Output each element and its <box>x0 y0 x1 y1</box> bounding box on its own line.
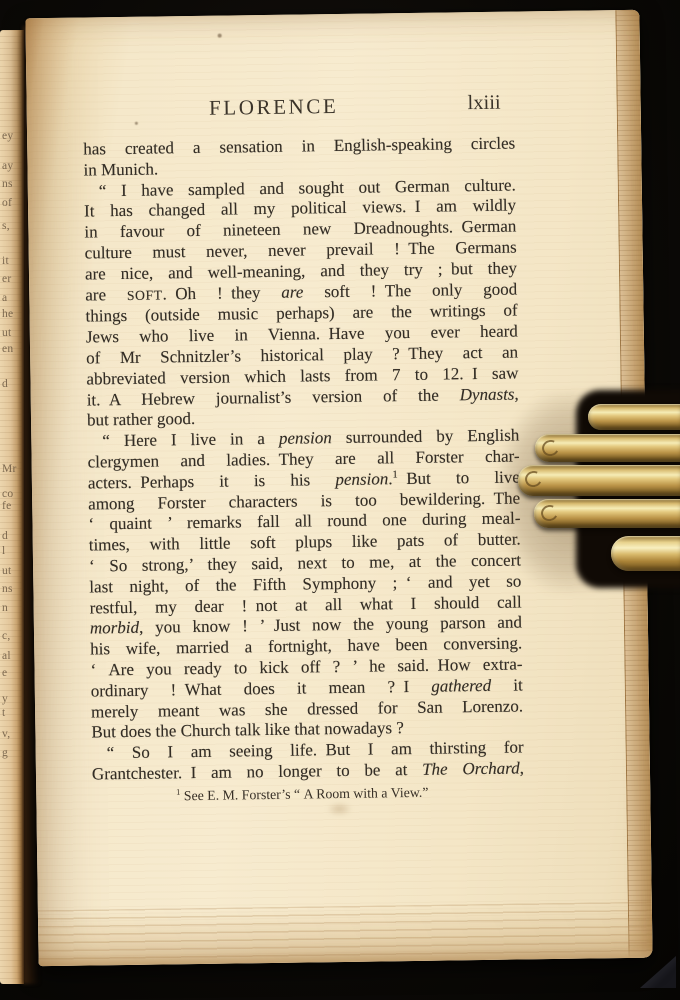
facing-page-text-fragment: Mr <box>2 463 17 475</box>
text-run: pension <box>335 469 388 489</box>
facing-page-text-fragment: l <box>2 545 6 557</box>
book-cover-corner <box>640 956 676 988</box>
text-run: ordinary ! What does it mean ? I <box>91 676 432 700</box>
facing-page-text-fragment: c, <box>2 630 11 642</box>
facing-page-edge: eyaynsofs,iteraheutendMrcofedlutnsnc,ale… <box>0 30 24 984</box>
facing-page-text-fragment: ut <box>2 327 12 339</box>
paragraph: “ I have sampled and sought out German c… <box>84 175 519 432</box>
facing-page-text-fragment: a <box>2 292 7 304</box>
text-run: soft ! The only good <box>303 279 517 301</box>
text-run: has created a sensation in English-speak… <box>83 134 515 159</box>
book-photograph: eyaynsofs,iteraheutendMrcofedlutnsnc,ale… <box>0 0 680 1000</box>
facing-page-text-fragment: ey <box>2 130 13 142</box>
facing-page-text-fragment: n <box>2 602 8 614</box>
facing-page-text-fragment: er <box>2 273 12 285</box>
paper-speck <box>218 34 222 38</box>
paragraph: “ Here I live in a pension surrounded by… <box>87 426 523 744</box>
text-run: acters. Perhaps it is his <box>88 470 336 492</box>
page-content: FLORENCE lxiii has created a sensation i… <box>83 92 525 806</box>
paragraph: has created a sensation in English-speak… <box>83 134 516 182</box>
text-run: surrounded by English <box>332 426 520 448</box>
text-run: it <box>491 675 523 694</box>
text-run: The Orchard <box>422 758 520 778</box>
text-run: are <box>281 282 303 301</box>
facing-page-text-fragment: of <box>2 197 12 209</box>
text-run: pension <box>279 428 332 448</box>
fingernail <box>540 438 561 458</box>
hand-finger-index <box>535 434 680 462</box>
facing-page-text-fragment: ay <box>2 160 13 172</box>
text-block: has created a sensation in English-speak… <box>83 134 524 786</box>
text-run: but rather good. <box>87 409 195 430</box>
hand-finger-top <box>588 404 680 430</box>
footnote-text: See E. M. Forster’s “ A Room with a View… <box>180 784 428 802</box>
text-run: gathered <box>431 676 491 696</box>
hand-finger-ring <box>534 499 680 528</box>
fingernail <box>539 503 560 523</box>
facing-page-text-fragment: v, <box>2 728 10 740</box>
text-run: are <box>85 285 127 305</box>
facing-page-text-fragment: he <box>2 308 13 320</box>
page-number: lxiii <box>467 92 500 115</box>
facing-page-text-fragment: g <box>2 747 8 759</box>
page-title: FLORENCE <box>209 94 339 121</box>
facing-page-text-fragment: it <box>2 255 9 267</box>
facing-page-text-fragment: ns <box>2 583 13 595</box>
facing-page-text-fragment: en <box>2 343 13 355</box>
paragraph: “ So I am seeing life. But I am thirstin… <box>92 738 525 786</box>
facing-page-text-fragment: ut <box>2 565 12 577</box>
facing-page-text-fragment: co <box>2 488 13 500</box>
facing-page-text-fragment: d <box>2 530 8 542</box>
text-run: morbid <box>90 618 139 638</box>
fingernail <box>523 469 544 489</box>
facing-page-text-fragment: t <box>2 707 6 719</box>
facing-page-text-fragment: al <box>2 650 11 662</box>
hand-thumb <box>611 536 680 571</box>
facing-page-text-fragment: ns <box>2 178 13 190</box>
text-run: SOFT <box>127 287 163 302</box>
text-run: , <box>520 758 525 777</box>
facing-page-text-fragment: d <box>2 378 8 390</box>
text-run: Grantchester. I am no longer to be at <box>92 760 422 784</box>
hand-finger-middle <box>518 465 680 496</box>
text-run: it. A Hebrew journalist’s version of the <box>87 385 460 409</box>
facing-page-text-fragment: y <box>2 693 8 705</box>
running-head: FLORENCE lxiii <box>83 92 515 124</box>
facing-page-text-fragment: fe <box>2 500 12 512</box>
text-run: in Munich. <box>83 159 158 179</box>
brass-hand-page-holder <box>518 396 680 580</box>
text-run: . Oh ! they <box>162 282 281 303</box>
facing-page-text-fragment: s, <box>2 220 10 232</box>
facing-page-text-fragment: e <box>2 667 7 679</box>
text-run: But does the Church talk like that nowad… <box>91 718 404 741</box>
text-run: “ Here I live in a <box>102 429 279 450</box>
